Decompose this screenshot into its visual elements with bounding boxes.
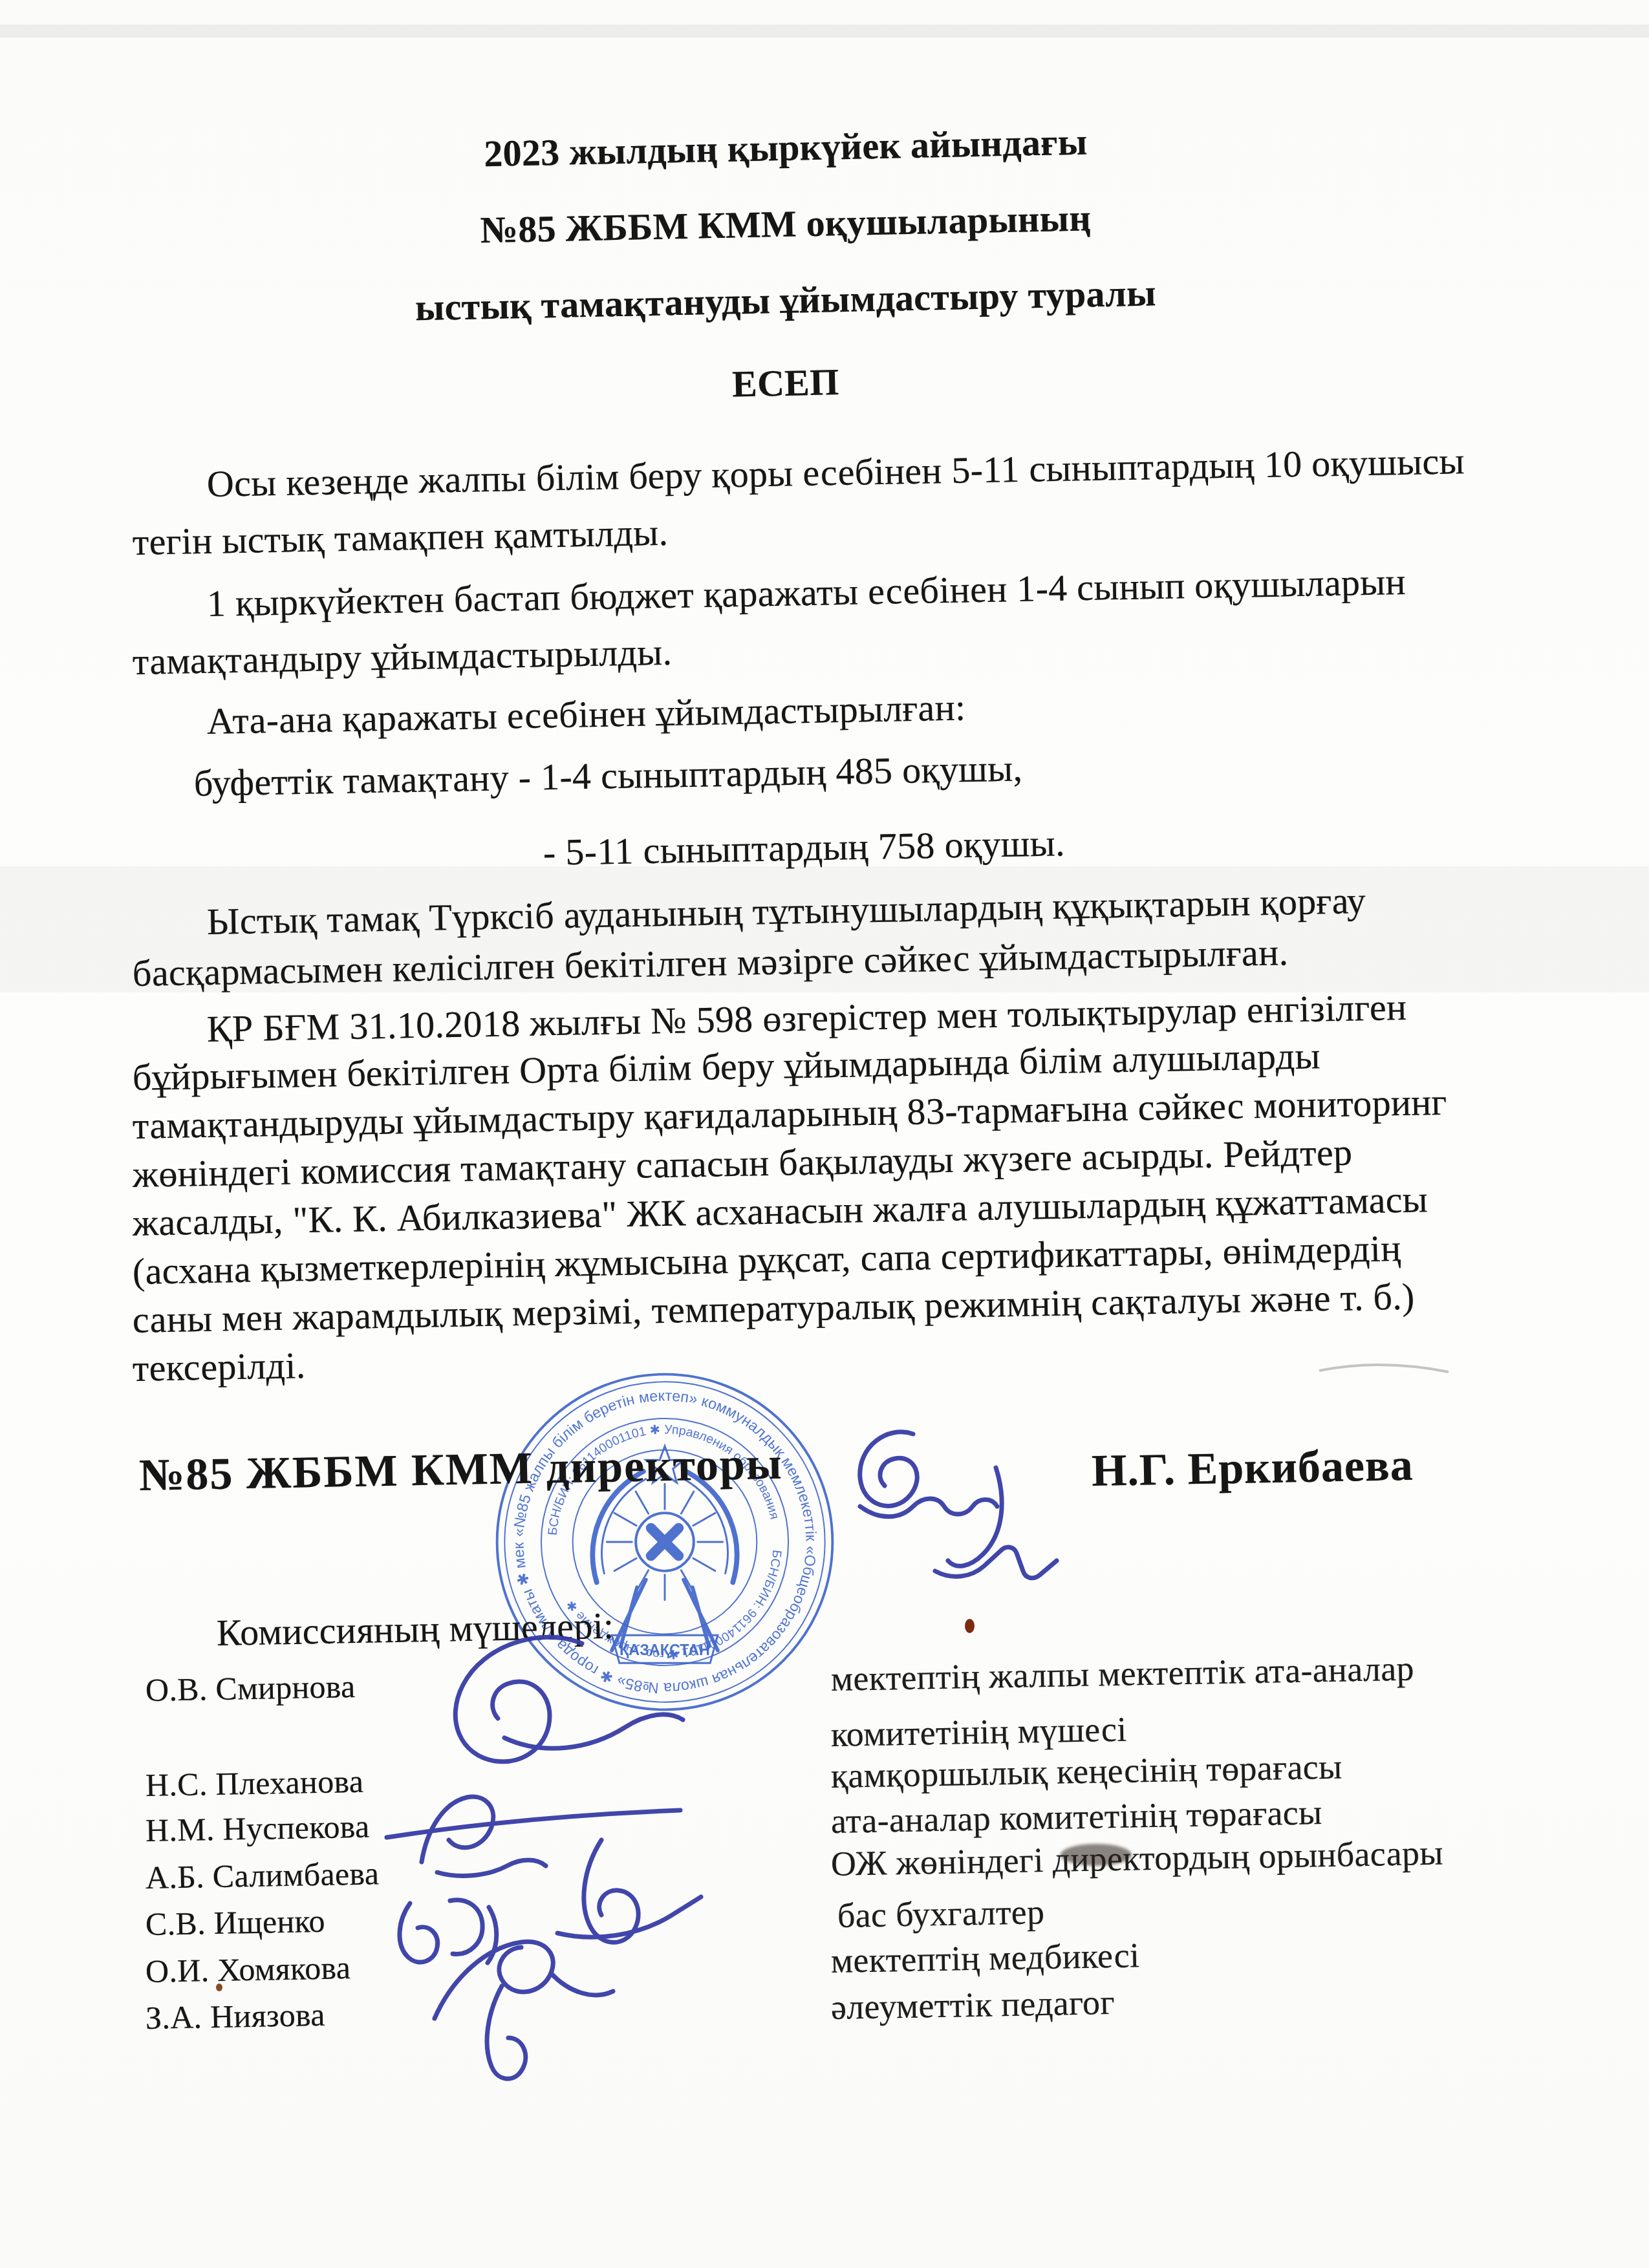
member-role: қамқоршылық кеңесінің төрағасы [830, 1747, 1342, 1796]
report-title-line: ЕСЕП [297, 352, 1274, 414]
body-line: Осы кезеңде жалпы білім беру қоры есебін… [206, 439, 1465, 506]
body-line: тамақтандыру ұйымдастырылды. [132, 630, 672, 683]
body-line: 1 қыркүйектен бастап бюджет қаражаты есе… [206, 560, 1406, 625]
commission-heading: Комиссияның мүшелері: [216, 1604, 614, 1654]
signature-khomyakova [435, 1942, 613, 2018]
member-role: мектептің медбикесі [830, 1935, 1139, 1981]
member-role: әлеуметтік педагог [830, 1982, 1115, 2027]
signature-niyazova [487, 1986, 526, 2079]
member-name: Н.М. Нуспекова [145, 1808, 369, 1849]
body-line: тегін ыстық тамақпен қамтылды. [132, 511, 669, 564]
scanned-report-page: 2023 жылдың қыркүйек айындағы №85 ЖББМ К… [0, 0, 1649, 2268]
member-name: А.Б. Салимбаева [145, 1854, 379, 1896]
report-title-line: ыстық тамақтануды ұйымдастыру туралы [297, 269, 1274, 332]
member-name: О.И. Хомякова [145, 1949, 350, 1990]
member-name: З.А. Ниязова [145, 1996, 325, 2037]
member-role: комитетінің мүшесі [830, 1709, 1127, 1755]
pencil-streak [1319, 1365, 1449, 1372]
body-line: тексерілді. [132, 1343, 306, 1390]
body-line: буфеттік тамақтану - 1-4 сыныптардың 485… [193, 747, 1022, 805]
ink-speck [965, 1619, 975, 1633]
member-role: ОЖ жөніндегі директордың орынбасары [830, 1833, 1443, 1884]
emblem-shanyrak-icon [651, 1528, 679, 1556]
body-line: - 5-11 сыныптардың 758 оқушы. [543, 821, 1065, 874]
school-stamp: «№85 жалпы білім беретін мектеп» коммуна… [488, 1365, 841, 1718]
signature-salimbaeva [557, 1840, 701, 1942]
member-name: С.В. Ищенко [145, 1902, 325, 1943]
signature-director [860, 1432, 1057, 1578]
member-name: Н.С. Плеханова [145, 1762, 363, 1804]
scan-streak-top [0, 25, 1649, 37]
report-title-line: 2023 жылдың қыркүйек айындағы [297, 116, 1274, 179]
report-title-line: №85 ЖББМ КММ оқушыларының [297, 193, 1274, 255]
member-name: О.В. Смирнова [145, 1667, 356, 1709]
ink-speck [216, 1984, 222, 1991]
member-role: мектептің жалпы мектептік ата-аналар [830, 1648, 1414, 1699]
signature-nuspekova [387, 1797, 680, 1876]
ink-smudge [1061, 1844, 1132, 1866]
stamp-banner-label: ҚАЗАҚСТАН [620, 1642, 710, 1659]
member-role: ата-аналар комитетінің төрағасы [830, 1792, 1322, 1841]
director-name: Н.Г. Еркибаева [1091, 1440, 1414, 1497]
signature-ishchenko [400, 1900, 497, 1963]
member-role: бас бухгалтер [837, 1892, 1044, 1936]
body-line: Ата-ана қаражаты есебінен ұйымдастырылға… [206, 686, 966, 743]
